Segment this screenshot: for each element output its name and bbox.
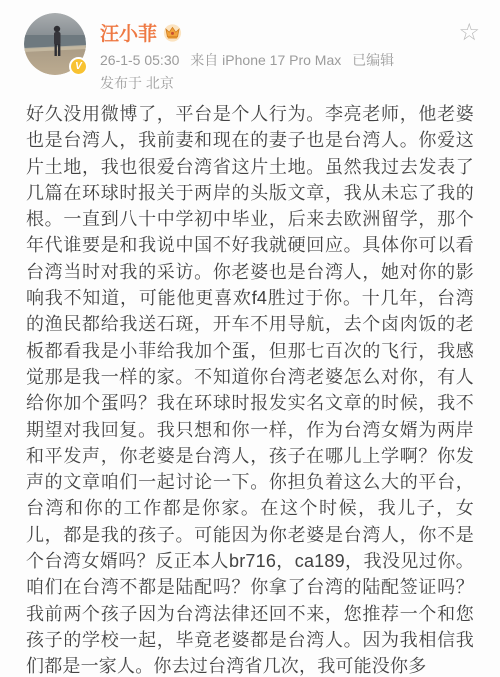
weibo-post-card: V 汪小菲 26-1-5 05:30 来自 iPhone 17 Pro Max … xyxy=(0,0,500,677)
favorite-star-icon[interactable]: ☆ xyxy=(458,21,480,45)
avatar[interactable]: V xyxy=(24,13,86,75)
edited-label[interactable]: 已编辑 xyxy=(352,52,394,68)
post-header-info: 汪小菲 26-1-5 05:30 来自 iPhone 17 Pro Max 已编… xyxy=(100,13,458,92)
post-source[interactable]: 来自 iPhone 17 Pro Max xyxy=(190,52,341,68)
crown-icon xyxy=(163,24,182,42)
post-meta: 26-1-5 05:30 来自 iPhone 17 Pro Max 已编辑 xyxy=(100,51,458,69)
timestamp: 26-1-5 05:30 xyxy=(100,52,179,68)
post-location[interactable]: 发布于 北京 xyxy=(100,75,174,91)
location-row: 发布于 北京 xyxy=(100,74,458,92)
post-header: V 汪小菲 26-1-5 05:30 来自 iPhone 17 Pro Max … xyxy=(0,0,500,92)
username[interactable]: 汪小菲 xyxy=(100,19,157,46)
verified-badge-icon: V xyxy=(69,57,88,76)
post-text: 好久没用微博了，平台是个人行为。李亮老师，他老婆也是台湾人，我前妻和现在的妻子也… xyxy=(0,101,500,677)
